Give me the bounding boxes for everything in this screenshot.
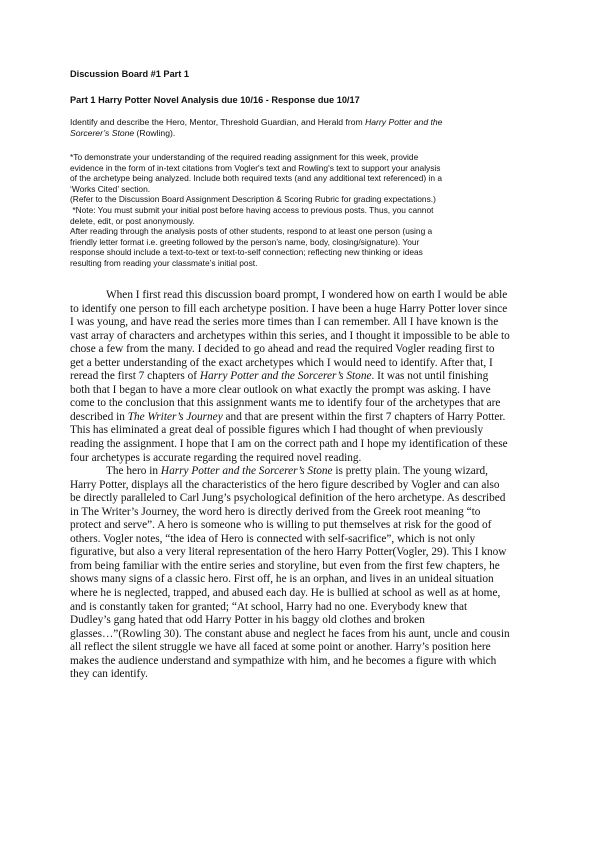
prompt-text-end: (Rowling). bbox=[134, 128, 175, 138]
essay-book-title: Harry Potter and the Sorcerer’s Stone bbox=[161, 465, 333, 477]
instruction-line: of the archetype being analyzed. Include… bbox=[70, 173, 540, 184]
essay-line: vast array of characters and archetypes … bbox=[70, 330, 545, 344]
essay-line: When I first read this discussion board … bbox=[70, 289, 545, 303]
instruction-line: evidence in the form of in-text citation… bbox=[70, 163, 540, 174]
essay-line: I was young, and have read the series mo… bbox=[70, 316, 545, 330]
instruction-line: friendly letter format i.e. greeting fol… bbox=[70, 237, 540, 248]
essay-line: reading the assignment. I hope that I am… bbox=[70, 438, 545, 452]
essay-line: Harry Potter, displays all the character… bbox=[70, 479, 545, 493]
essay-line: shows many signs of a classic hero. Firs… bbox=[70, 573, 545, 587]
essay-line: and is constantly taken for granted; “At… bbox=[70, 601, 545, 615]
instruction-line: After reading through the analysis posts… bbox=[70, 226, 540, 237]
essay-line: get a better understanding of the exact … bbox=[70, 357, 545, 371]
essay-line: figurative, but also a very literal repr… bbox=[70, 546, 545, 560]
essay-book-title: The Writer’s Journey bbox=[128, 411, 223, 423]
essay-line: where he is neglected, trapped, and abus… bbox=[70, 587, 545, 601]
document-title: Discussion Board #1 Part 1 bbox=[70, 69, 189, 79]
essay-line: both that I began to have a more clear o… bbox=[70, 384, 545, 398]
instruction-line: *Note: You must submit your initial post… bbox=[70, 205, 540, 216]
essay-line: come to the conclusion that this assignm… bbox=[70, 397, 545, 411]
essay-text: The hero in bbox=[106, 465, 161, 477]
instruction-line: response should include a text-to-text o… bbox=[70, 247, 540, 258]
prompt-book-title-cont: Sorcerer’s Stone bbox=[70, 128, 134, 138]
instruction-line: *To demonstrate your understanding of th… bbox=[70, 152, 540, 163]
essay-line: from being familiar with the entire seri… bbox=[70, 560, 545, 574]
essay-line: Dudley’s gang hated that odd Harry Potte… bbox=[70, 614, 545, 628]
essay-line: they can identify. bbox=[70, 668, 545, 682]
instruction-line: delete, edit, or post anonymously. bbox=[70, 216, 540, 227]
prompt-book-title: Harry Potter and the bbox=[365, 117, 442, 127]
essay-line: This has eliminated a great deal of poss… bbox=[70, 424, 545, 438]
essay-text: . It was not until finishing bbox=[372, 370, 489, 382]
instruction-line: ‘Works Cited’ section. bbox=[70, 184, 540, 195]
instruction-line: resulting from reading your classmate’s … bbox=[70, 258, 540, 269]
essay-line: described in The Writer’s Journey and th… bbox=[70, 411, 545, 425]
essay-book-title: Harry Potter and the Sorcerer’s Stone bbox=[200, 370, 372, 382]
assignment-subtitle: Part 1 Harry Potter Novel Analysis due 1… bbox=[70, 95, 360, 105]
essay-line: all reflect the silent struggle we have … bbox=[70, 641, 545, 655]
essay-text: and that are present within the first 7 … bbox=[223, 411, 506, 423]
instruction-line: (Refer to the Discussion Board Assignmen… bbox=[70, 194, 540, 205]
essay-line: to identify one person to fill each arch… bbox=[70, 303, 545, 317]
essay-line: in The Writer’s Journey, the word hero i… bbox=[70, 506, 545, 520]
assignment-prompt: Identify and describe the Hero, Mentor, … bbox=[70, 117, 540, 139]
essay-text: is pretty plain. The young wizard, bbox=[333, 465, 488, 477]
essay-line: protect and serve”. A hero is someone wh… bbox=[70, 519, 545, 533]
essay-text: described in bbox=[70, 411, 128, 423]
essay-line: The hero in Harry Potter and the Sorcere… bbox=[70, 465, 545, 479]
essay-line: others. Vogler notes, “the idea of Hero … bbox=[70, 533, 545, 547]
essay-line: four archetypes is accurate regarding th… bbox=[70, 452, 545, 466]
essay-text: reread the first 7 chapters of bbox=[70, 370, 200, 382]
prompt-text: Identify and describe the Hero, Mentor, … bbox=[70, 117, 365, 127]
essay-line: chose a few from the many. I decided to … bbox=[70, 343, 545, 357]
essay-body: When I first read this discussion board … bbox=[70, 289, 545, 682]
essay-line: glasses…”(Rowling 30). The constant abus… bbox=[70, 628, 545, 642]
essay-line: reread the first 7 chapters of Harry Pot… bbox=[70, 370, 545, 384]
essay-line: makes the audience understand and sympat… bbox=[70, 655, 545, 669]
assignment-instructions: *To demonstrate your understanding of th… bbox=[70, 152, 540, 269]
essay-line: be directly paralleled to Carl Jung’s ps… bbox=[70, 492, 545, 506]
